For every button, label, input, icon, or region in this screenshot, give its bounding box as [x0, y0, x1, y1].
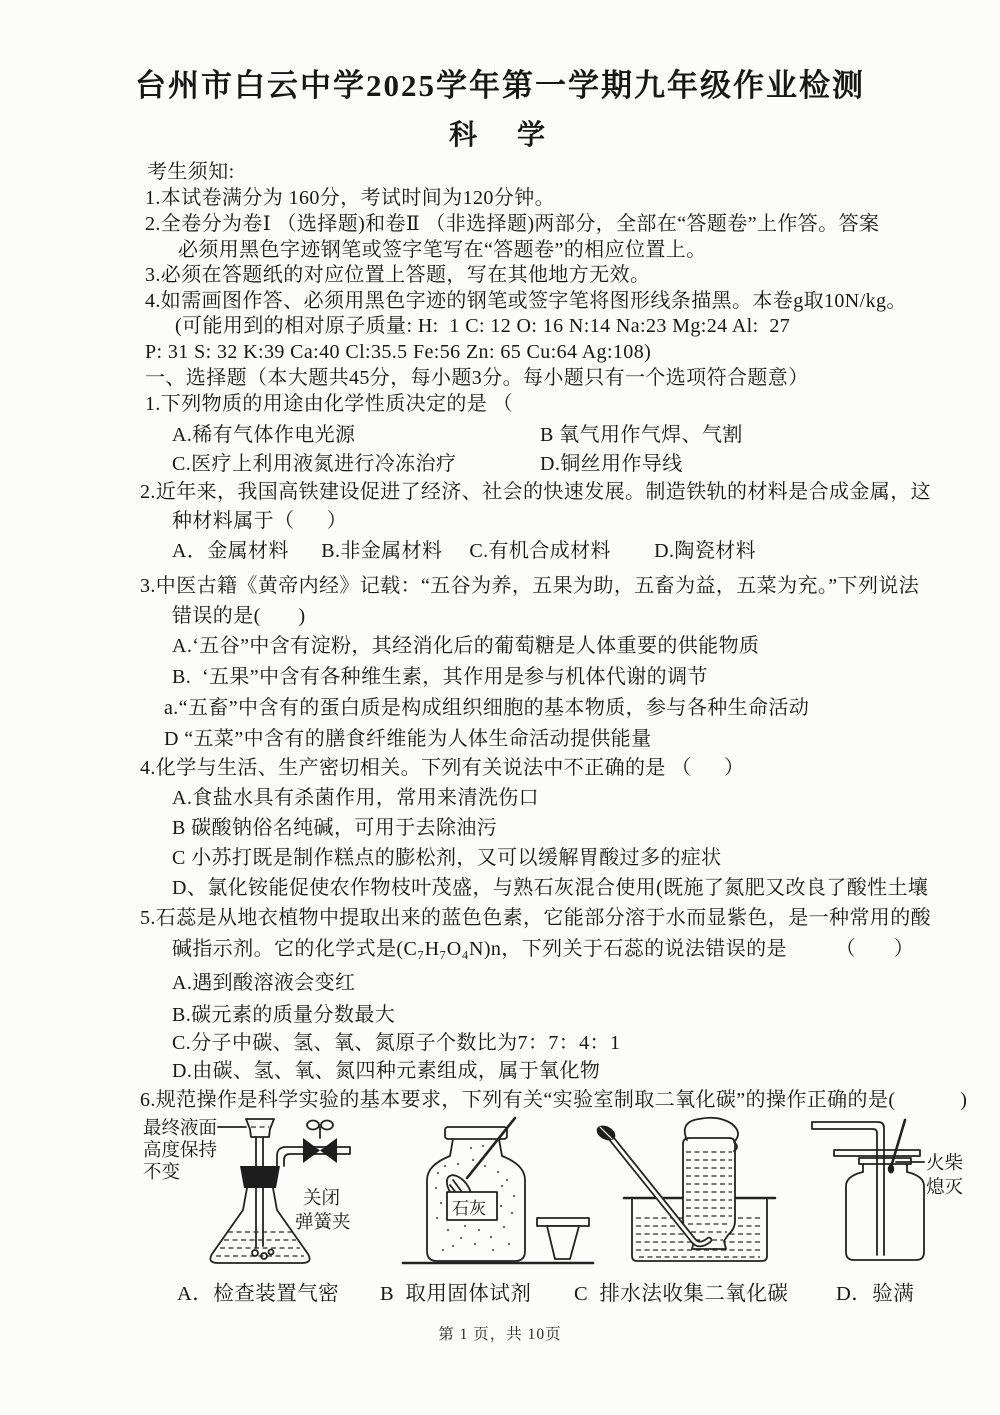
liquid-level-note-line3: 不变: [143, 1162, 181, 1183]
notice-line-3: 3.必须在答题纸的对应位置上答题，写在其他地方无效。: [145, 263, 650, 288]
notice-line-4: 4.如需画图作答、必须用黑色字迹的钢笔或签字笔将图形线条描黑。本卷g取10N/k…: [145, 289, 907, 314]
question-2-options: A．金属材料 B.非金属材料 C.有机合成材料 D.陶瓷材料: [172, 539, 756, 564]
question-5-stem-line-1: 5.石蕊是从地衣植物中提取出来的蓝色色素，它能部分溶于水而显紫色，是一种常用的酸: [140, 906, 931, 931]
notice-line-2b: 必须用黑色字迹钢笔或签字笔写在“答题卷”的相应位置上。: [178, 238, 707, 263]
question-4-option-b: B 碳酸钠俗名纯碱，可用于去除油污: [172, 816, 497, 841]
flask-apparatus-icon: 最终液面 高度保持 不变: [143, 1118, 351, 1263]
spring-clamp-icon: [303, 1121, 337, 1164]
question-4-option-a: A.食盐水具有杀菌作用，常用来清洗伤口: [172, 786, 539, 811]
clamp-note-line2: 弹簧夹: [295, 1212, 351, 1233]
bottle-label-text: 石灰: [452, 1199, 486, 1218]
question-5-option-c: C.分子中碳、氢、氧、氮原子个数比为7：7：4：1: [172, 1031, 620, 1056]
water-collection-diagram: [597, 1118, 802, 1272]
clamp-note-line1: 关闭: [303, 1188, 340, 1209]
question-1-option-d: D.铜丝用作导线: [540, 452, 683, 477]
rubber-stopper: [240, 1166, 280, 1188]
question-6-stem: 6.规范操作是科学实验的基本要求，下列有关“实验室制取二氧化碳”的操作正确的是(…: [140, 1088, 967, 1113]
atomic-mass-line-1: (可能用到的相对原子质量: H: 1 C: 12 O: 16 N:14 Na:2…: [175, 314, 790, 339]
question-3-option-c: a.“五畜”中含有的蛋白质是构成组织细胞的基本物质，参与各种生命活动: [164, 696, 809, 721]
fullness-test-diagram: 火柴 熄灭: [806, 1118, 981, 1272]
notice-heading: 考生须知:: [147, 160, 235, 185]
collection-bottle-icon: [683, 1118, 738, 1249]
question-4-stem: 4.化学与生活、生产密切相关。下列有关说法中不正确的是 （ ）: [140, 756, 744, 781]
question-1-option-b: B 氧气用作气焊、气割: [540, 423, 743, 448]
page-title: 台州市白云中学2025学年第一学期九年级作业检测: [0, 60, 1000, 105]
question-5-option-d: D.由碳、氢、氧、氮四种元素组成，属于氧化物: [172, 1059, 600, 1084]
match-note-line1: 火柴: [926, 1153, 963, 1174]
question-5-stem-line-2: 碱指示剂。它的化学式是(C₇H₇O₄N)n，下列关于石蕊的说法错误的是 （ ）: [172, 937, 914, 962]
question-4-option-d: D、氯化铵能促使农作物枝叶茂盛，与熟石灰混合使用(既施了氮肥又改良了酸性土壤: [172, 876, 928, 901]
gas-delivery-tube-icon: [812, 1122, 884, 1255]
page-footer: 第 1 页，共 10页: [0, 1322, 1000, 1344]
upturned-stopper-icon: [537, 1218, 589, 1259]
question-5-option-b: B.碳元素的质量分数最大: [172, 1003, 395, 1028]
solid-reagent-diagram: 石灰: [403, 1118, 593, 1270]
question-1-stem: 1.下列物质的用途由化学性质决定的是 （: [145, 392, 513, 417]
atomic-mass-line-2: P: 31 S: 32 K:39 Ca:40 Cl:35.5 Fe:56 Zn:…: [145, 340, 651, 365]
figure-d-caption: D．验满: [836, 1276, 914, 1306]
liquid-level-note-line2: 高度保持: [143, 1140, 217, 1161]
reagent-bottle-icon: 石灰: [427, 1118, 525, 1261]
figure-b-caption: B 取用固体试剂: [380, 1276, 531, 1306]
question-1-option-a: A.稀有气体作电光源: [172, 423, 355, 448]
figure-c-caption: C 排水法收集二氧化碳: [574, 1276, 788, 1306]
airtightness-check-diagram: 最终液面 高度保持 不变: [143, 1116, 398, 1274]
notice-line-1: 1.本试卷满分为 160分，考试时间为120分钟。: [145, 186, 555, 211]
subject-title: 科 学: [0, 113, 1000, 153]
question-3-stem-line-1: 3.中医古籍《黄帝内经》记载：“五谷为养，五果为助，五畜为益，五菜为充。”下列说…: [140, 574, 919, 599]
question-4-option-c: C 小苏打既是制作糕点的膨松剂，又可以缓解胃酸过多的症状: [172, 846, 722, 871]
liquid-level-note-line1: 最终液面: [143, 1118, 217, 1139]
figure-a-caption: A．检查装置气密: [177, 1276, 339, 1306]
gas-bottle-icon: [846, 1158, 924, 1260]
notice-line-2: 2.全卷分为卷Ⅰ （选择题)和卷Ⅱ （非选择题)两部分，全部在“答题卷”上作答。…: [145, 212, 879, 237]
question-5-option-a: A.遇到酸溶液会变红: [172, 971, 355, 996]
match-icon: [888, 1120, 905, 1174]
question-2-stem-line-2: 种材料属于（ ）: [172, 509, 347, 534]
question-3-option-d: D “五菜”中含有的膳食纤维能为人体生命活动提供能量: [164, 727, 652, 752]
section-1-heading: 一、选择题（本大题共45分，每小题3分。每小题只有一个选项符合题意）: [145, 366, 809, 391]
exam-paper-page: 台州市白云中学2025学年第一学期九年级作业检测 科 学 考生须知: 1.本试卷…: [0, 0, 1000, 1415]
question-3-stem-line-2: 错误的是( ): [172, 604, 306, 629]
question-2-stem-line-1: 2.近年来，我国高铁建设促进了经济、社会的快速发展。制造铁轨的材料是合成金属，这: [140, 480, 931, 505]
match-note-line2: 熄灭: [926, 1177, 963, 1198]
question-3-option-b: B. ‘五果”中含有各种维生素，其作用是参与机体代谢的调节: [172, 665, 708, 690]
question-3-option-a: A.‘五谷”中含有淀粉，其经消化后的葡萄糖是人体重要的供能物质: [172, 634, 759, 659]
question-1-option-c: C.医疗上利用液氮进行冷冻治疗: [172, 452, 456, 477]
flask-liquid: [216, 1232, 304, 1259]
